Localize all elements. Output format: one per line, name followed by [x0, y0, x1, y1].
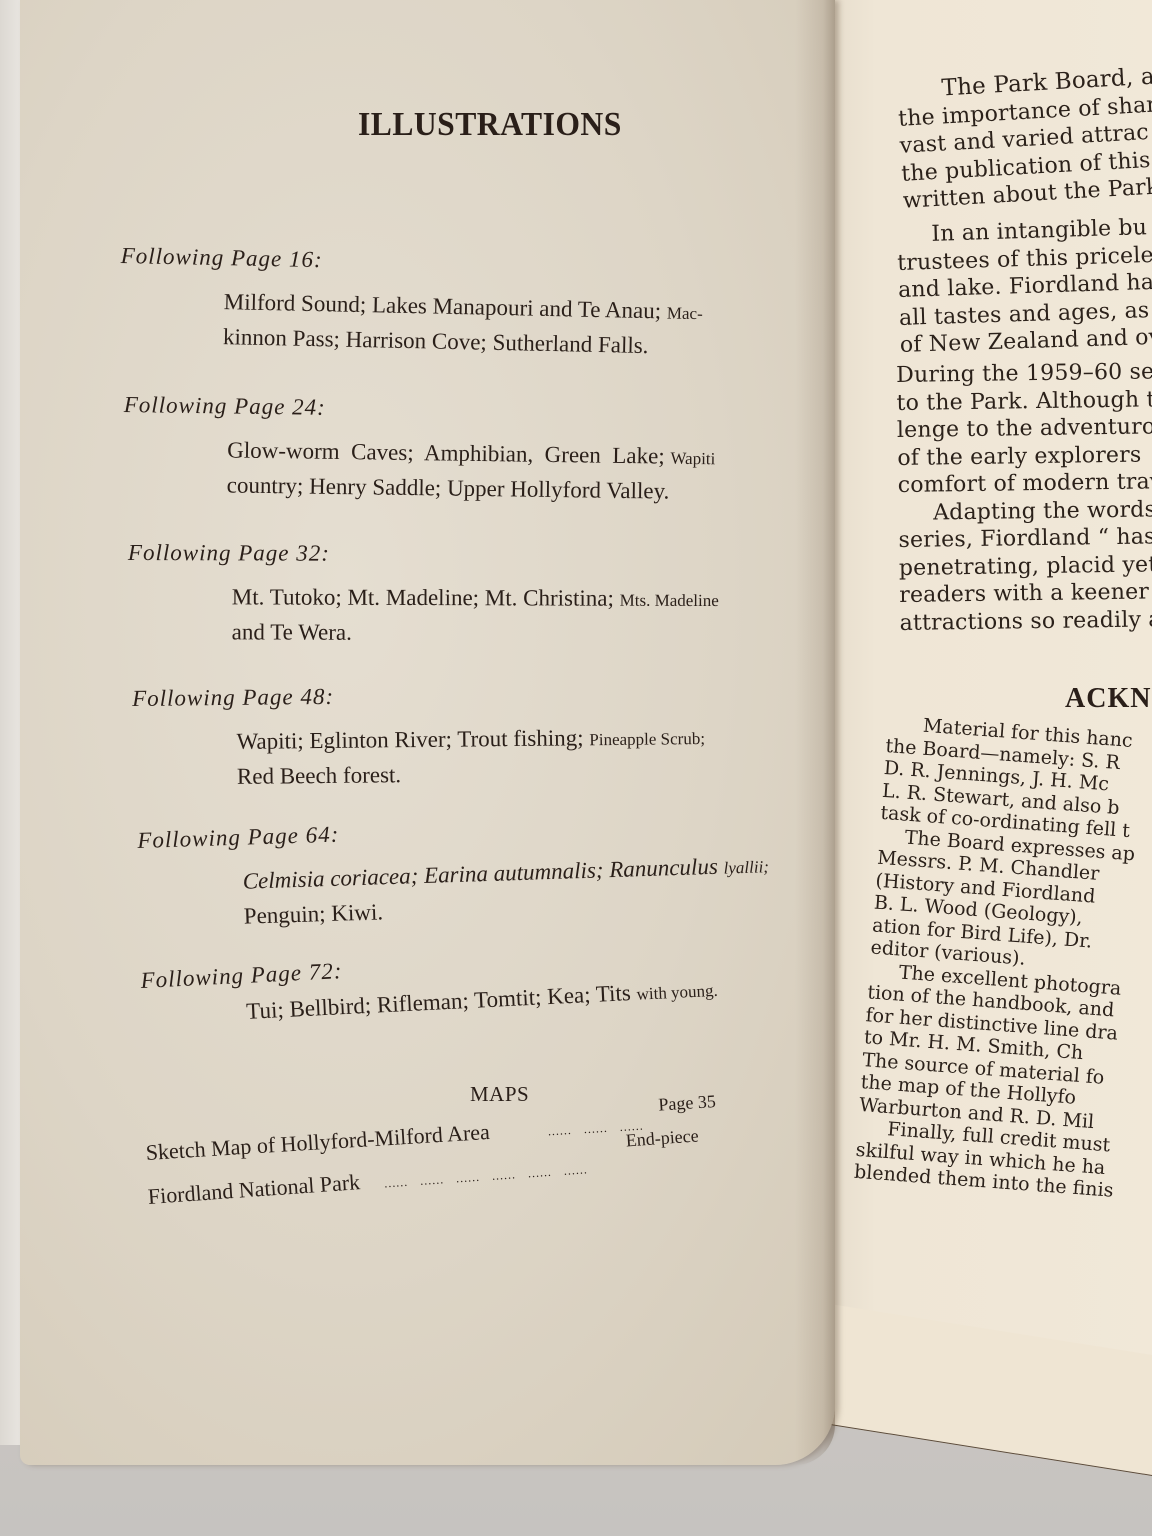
map-page-ref: End-piece: [625, 1125, 699, 1150]
text: kinnon Pass; Harrison Cove; Sutherland F…: [223, 324, 649, 358]
text-line: Adapting the words: [898, 496, 1152, 527]
map-page-ref: Page 35: [658, 1091, 717, 1114]
text-line: comfort of modern trave: [898, 468, 1152, 499]
text: lyallii;: [723, 857, 769, 877]
illustration-section-64: Following Page 64: Celmisia coriacea; Ea…: [137, 807, 824, 936]
text: Milford Sound; Lakes Manapouri and Te An…: [224, 289, 668, 323]
text: Mt. Tutoko; Mt. Madeline; Mt. Christina;: [232, 584, 620, 610]
text: with young.: [636, 981, 718, 1004]
text-line: series, Fiordland “ has a: [898, 523, 1152, 554]
text-line: attractions so readily av: [899, 606, 1152, 637]
text-line: of the early explorers: [897, 441, 1152, 472]
text: country; Henry Saddle; Upper Hollyford V…: [227, 472, 670, 503]
page-title: ILLUSTRATIONS: [358, 106, 622, 144]
text: Wapiti: [670, 449, 715, 469]
text-line: During the 1959–60 se: [896, 358, 1152, 389]
right-page-intro: The Park Board, a the importance of shar…: [896, 64, 1152, 216]
section-heading: Following Page 32:: [128, 540, 812, 568]
section-body: Mt. Tutoko; Mt. Madeline; Mt. Christina;…: [232, 580, 812, 650]
illustration-section-32: Following Page 32: Mt. Tutoko; Mt. Madel…: [128, 540, 812, 650]
text: Red Beech forest.: [237, 762, 401, 789]
section-body: Milford Sound; Lakes Manapouri and Te An…: [223, 285, 804, 365]
text: Glow-worm Caves; Amphibian, Green Lake;: [227, 437, 671, 468]
illustration-section-24: Following Page 24: Glow-worm Caves; Amph…: [122, 392, 807, 510]
text-line: lenge to the adventurous: [897, 413, 1152, 444]
right-page-intro-3: During the 1959–60 se to the Park. Altho…: [896, 358, 1152, 637]
text-line: to the Park. Although t: [896, 386, 1152, 417]
text: and Te Wera.: [232, 619, 352, 644]
text: Mac-: [667, 303, 703, 323]
section-body: Glow-worm Caves; Amphibian, Green Lake; …: [226, 433, 807, 509]
text: Mts. Madeline: [620, 591, 719, 610]
text-line: readers with a keener a: [899, 578, 1152, 609]
right-page-intro-2: In an intangible bu trustees of this pri…: [896, 213, 1152, 359]
illustration-section-16: Following Page 16: Milford Sound; Lakes …: [119, 243, 805, 365]
section-body: Wapiti; Eglinton River; Trout fishing; P…: [236, 719, 817, 793]
text: Pineapple Scrub;: [589, 729, 705, 749]
maps-title: MAPS: [470, 1082, 529, 1107]
acknowledgements-body: Material for this hanc the Board—namely:…: [853, 712, 1147, 1202]
text: Penguin; Kiwi.: [243, 899, 383, 928]
acknowledgements-title: ACKN: [1065, 683, 1151, 715]
illustration-section-48: Following Page 48: Wapiti; Eglinton Rive…: [132, 679, 817, 794]
text: Wapiti; Eglinton River; Trout fishing;: [236, 725, 589, 754]
text-line: penetrating, placid yet: [899, 551, 1152, 582]
